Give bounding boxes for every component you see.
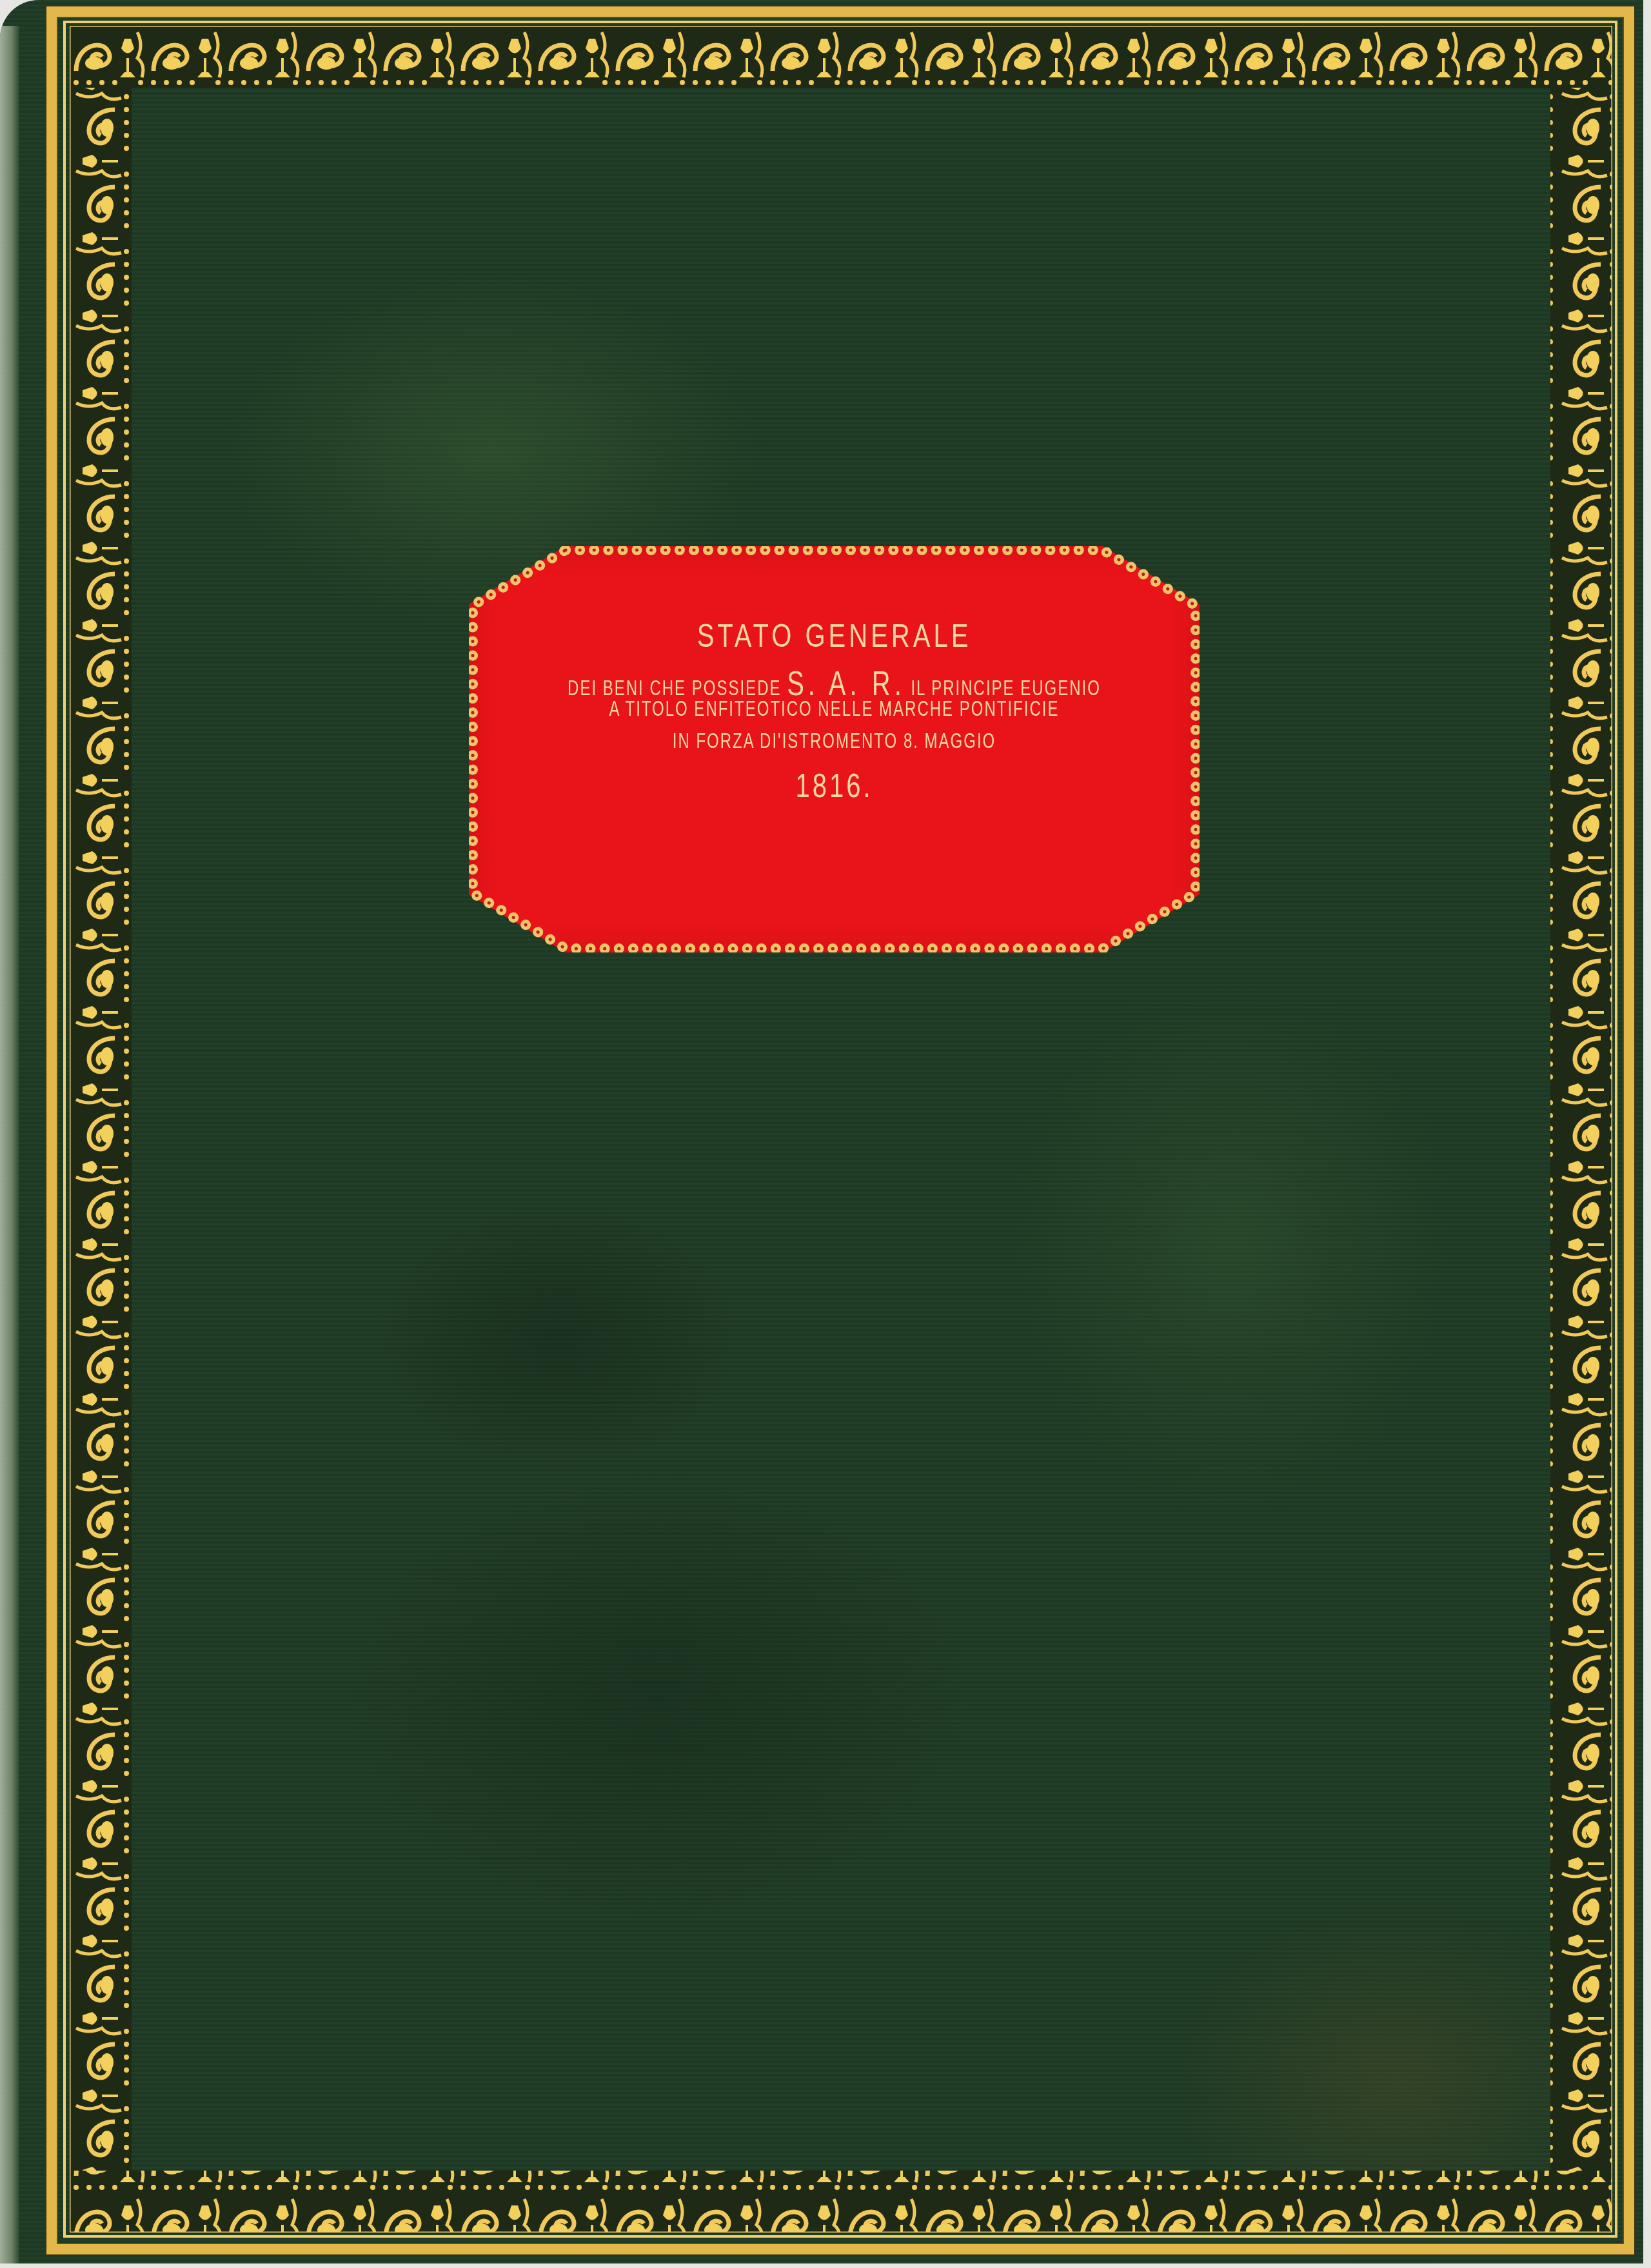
label-year: 1816. (469, 767, 1200, 805)
label-line-1-prefix: DEI BENI CHE POSSIEDE (568, 677, 787, 700)
label-line-2: A TITOLO ENFITEOTICO NELLE MARCHE PONTIF… (469, 698, 1200, 722)
label-line-3: IN FORZA DI'ISTROMENTO 8. MAGGIO (469, 730, 1200, 754)
label-title: STATO GENERALE (469, 618, 1200, 655)
label-line-1-suffix: IL PRINCIPE EUGENIO (905, 677, 1101, 700)
book-spine-edge (0, 26, 19, 2263)
label-text-block: STATO GENERALE DEI BENI CHE POSSIEDE S. … (469, 546, 1200, 952)
book-cover (0, 0, 1643, 2263)
inner-gilt-rule (63, 21, 1617, 2238)
